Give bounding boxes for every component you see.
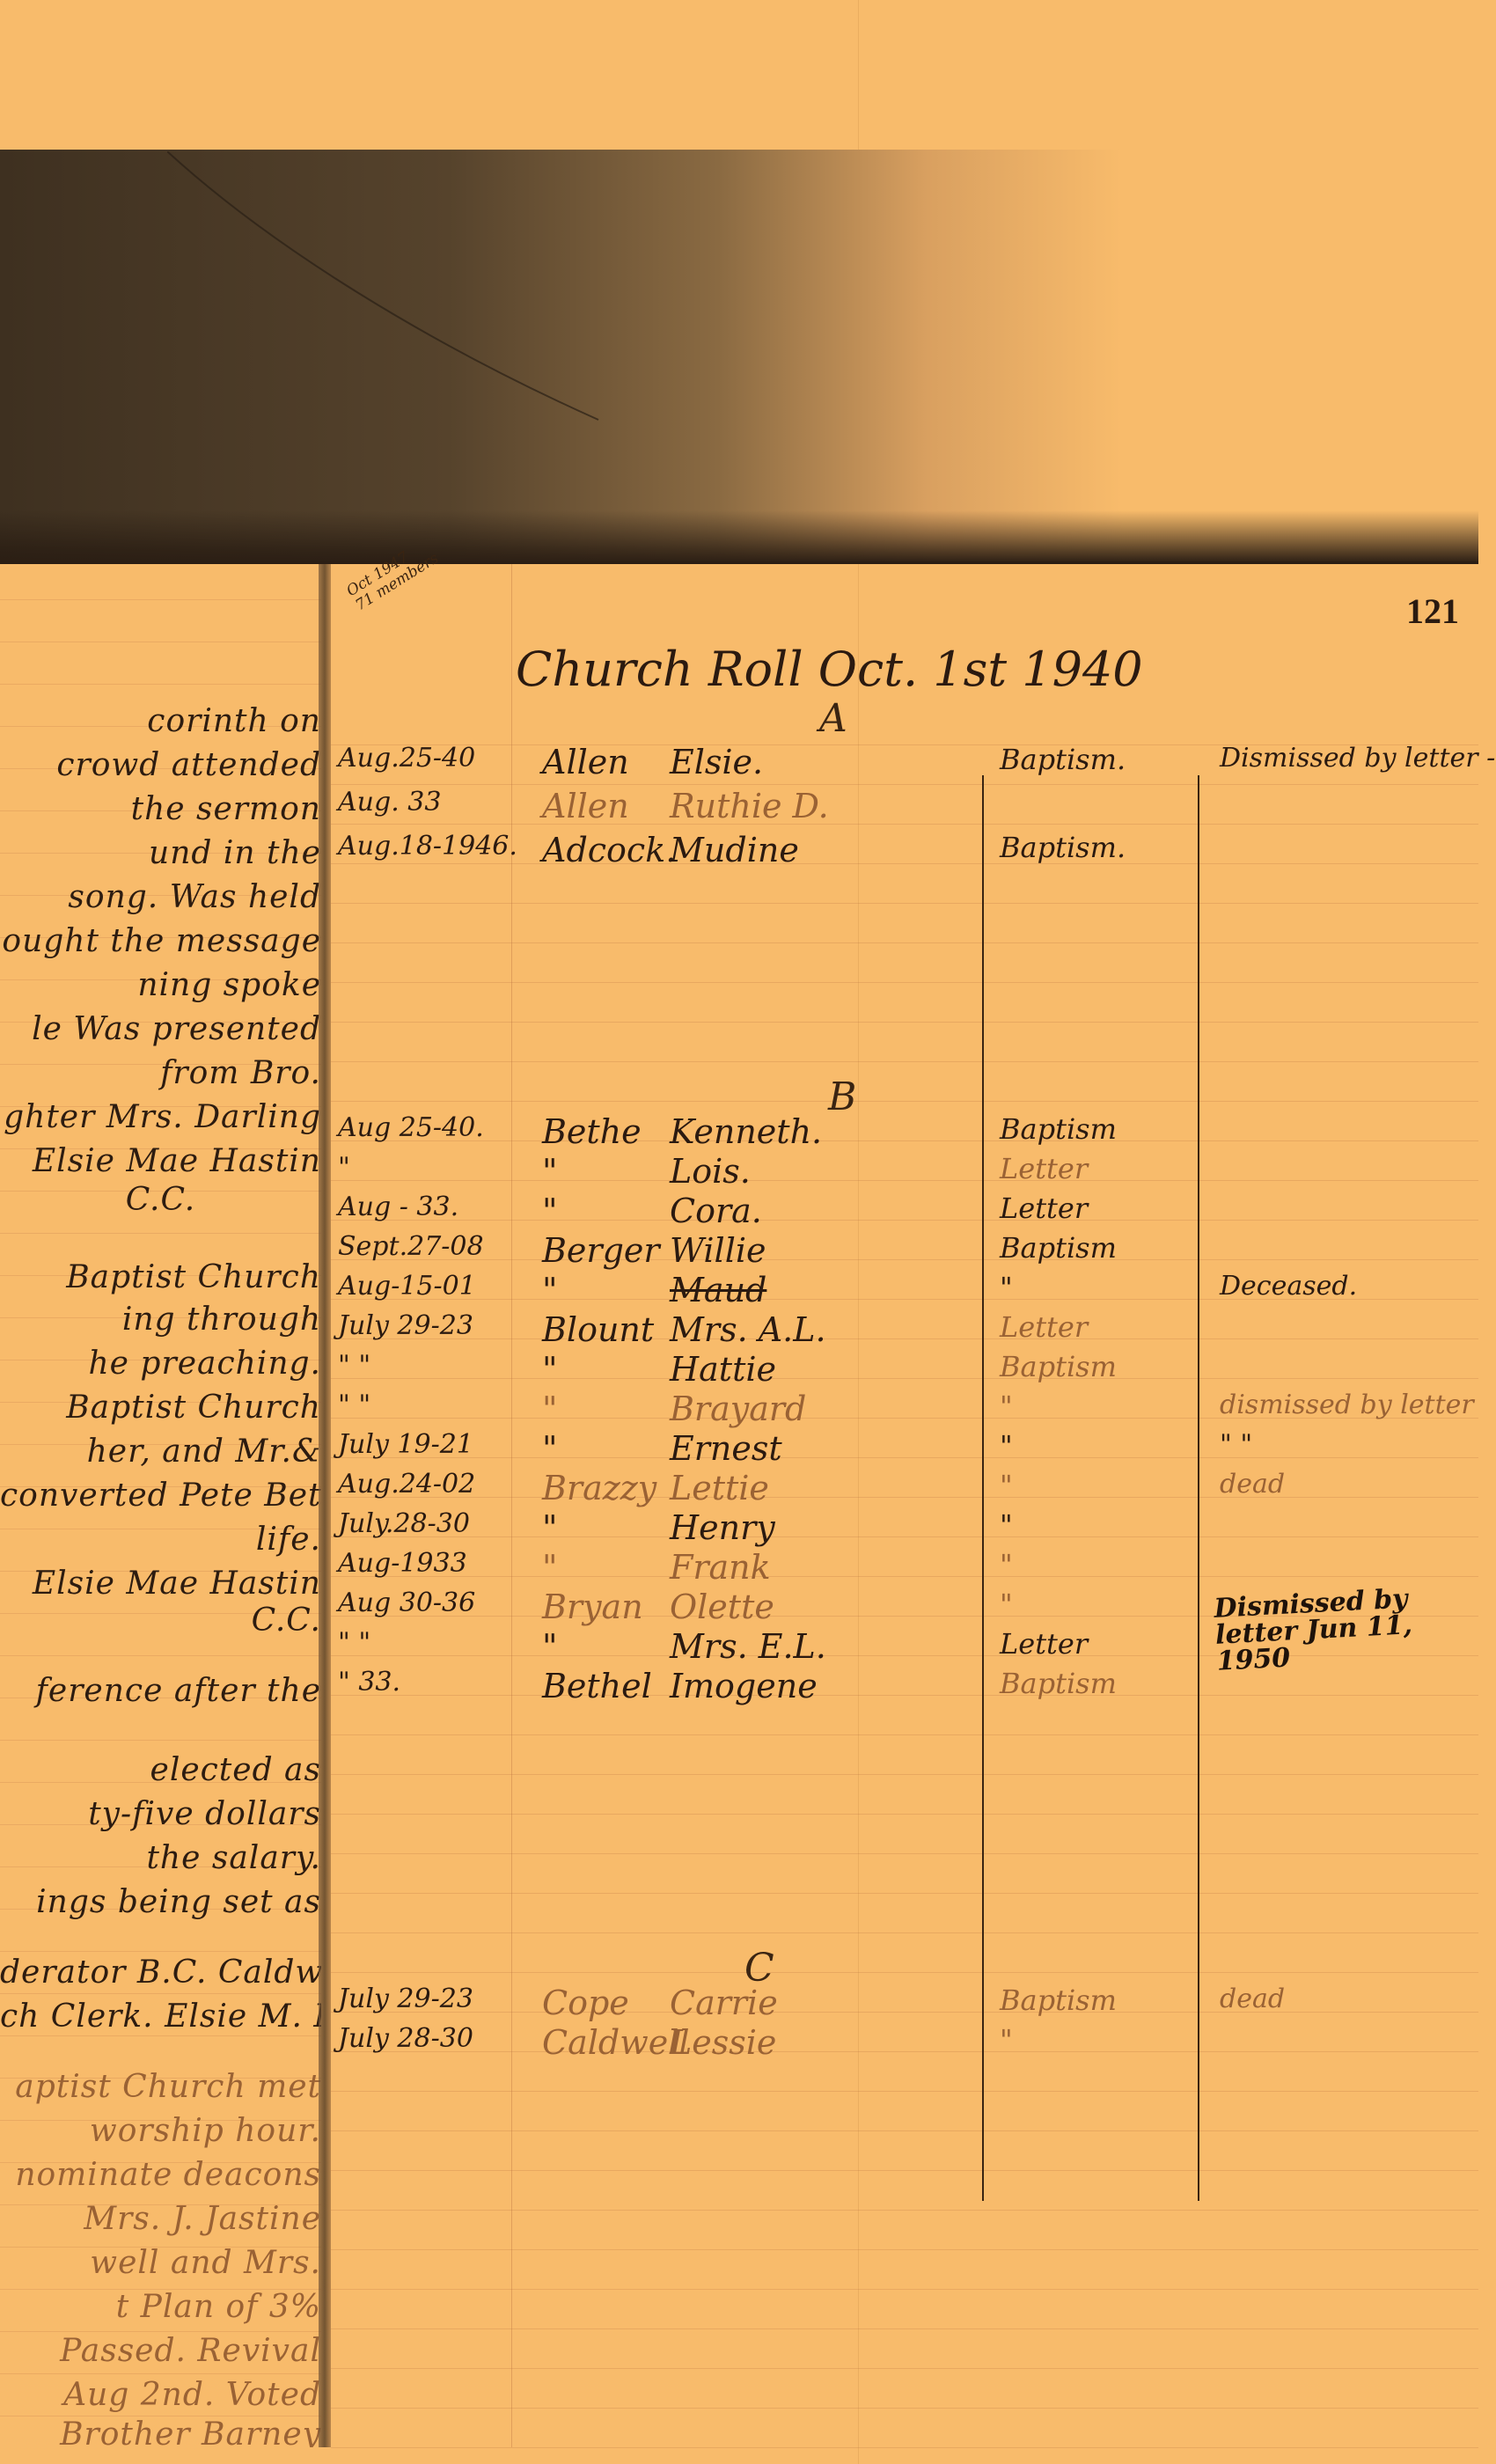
minutes-line: Mrs. J. Jastine xyxy=(0,2201,321,2237)
roll-entry: Aug.25-40AllenElsie.Baptism.Dismissed by… xyxy=(331,743,1478,787)
minutes-line: t Plan of 3% xyxy=(0,2289,321,2325)
roll-entry: July 29-23BlountMrs. A.L.Letter xyxy=(331,1310,1478,1354)
ruled-line xyxy=(331,1022,1478,1023)
entry-how-received: " xyxy=(1000,1588,1013,1621)
ruled-line xyxy=(0,1655,321,1656)
entry-surname: " xyxy=(542,1627,557,1666)
book-gutter xyxy=(319,564,331,2447)
minutes-line: corinth on xyxy=(0,703,321,739)
roll-entry: Sept.27-08BergerWillieBaptism xyxy=(331,1231,1478,1275)
minutes-line: ch Clerk. Elsie M. Hastin xyxy=(0,1998,321,2035)
entry-surname: Allen xyxy=(542,787,629,825)
entry-date: Aug-15-01 xyxy=(338,1271,514,1302)
ruled-line xyxy=(331,903,1478,904)
ruled-line xyxy=(0,599,321,600)
minutes-line: le Was presented xyxy=(0,1011,321,1047)
minutes-line: elected as xyxy=(0,1752,321,1788)
minutes-line: converted Pete Bethe xyxy=(0,1478,321,1514)
entry-date: Aug 30-36 xyxy=(338,1588,514,1618)
minutes-line: the salary. xyxy=(0,1840,321,1876)
entry-surname: Allen xyxy=(542,743,629,781)
minutes-line: life. xyxy=(0,1522,321,1558)
minutes-line: Passed. Revival xyxy=(0,2333,321,2369)
ruled-line xyxy=(0,2331,321,2332)
minutes-line: ghter Mrs. Darling xyxy=(0,1099,321,1135)
minutes-line: derator B.C. Caldwell xyxy=(0,1954,321,1991)
entry-how-received: Baptism xyxy=(1000,1667,1117,1700)
entry-how-received: Letter xyxy=(1000,1192,1088,1225)
entry-date: Aug 25-40. xyxy=(338,1112,514,1143)
roll-entry: " ""HattieBaptism xyxy=(331,1350,1478,1394)
roll-entry: Aug-1933"Frank" xyxy=(331,1548,1478,1592)
entry-given-name: Brayard xyxy=(670,1390,806,1428)
minutes-line: Elsie Mae Hastin xyxy=(0,1566,321,1602)
entry-date: " " xyxy=(338,1390,514,1420)
entry-given-name: Mrs. A.L. xyxy=(670,1310,826,1349)
minutes-line: aptist Church met xyxy=(0,2069,321,2105)
entry-how-received: Baptism xyxy=(1000,1350,1117,1383)
entry-surname: Brazzy xyxy=(542,1469,656,1507)
right-page-church-roll: 121 Oct 1947 71 members Church Roll Oct.… xyxy=(331,564,1478,2447)
roll-entry: Aug.24-02BrazzyLettie"dead xyxy=(331,1469,1478,1513)
entry-surname: " xyxy=(542,1152,557,1191)
entry-given-name: Ruthie D. xyxy=(670,787,829,825)
minutes-line: crowd attended xyxy=(0,747,321,783)
minutes-line: worship hour. xyxy=(0,2113,321,2149)
entry-remarks: dismissed by letter xyxy=(1220,1390,1474,1420)
entry-given-name: Willie xyxy=(670,1231,766,1270)
roll-entry: " ""Mrs. E.L.Letter xyxy=(331,1627,1478,1671)
ruled-line xyxy=(331,2328,1478,2329)
entry-given-name: Lettie xyxy=(670,1469,769,1507)
entry-how-received: " xyxy=(1000,1508,1013,1542)
entry-surname: " xyxy=(542,1508,557,1547)
ruled-line xyxy=(0,1740,321,1741)
entry-how-received: " xyxy=(1000,1429,1013,1463)
page-number: 121 xyxy=(1406,590,1459,632)
ruled-line xyxy=(331,1853,1478,1854)
entry-how-received: " xyxy=(1000,1271,1013,1304)
scratch-mark xyxy=(167,151,607,424)
ruled-line xyxy=(331,2447,1478,2448)
ruled-line xyxy=(331,1061,1478,1062)
entry-how-received: " xyxy=(1000,1469,1013,1502)
ruled-line xyxy=(331,2368,1478,2369)
minutes-line: her, and Mr.& xyxy=(0,1434,321,1470)
ruled-line xyxy=(331,1734,1478,1735)
entry-how-received: " xyxy=(1000,1390,1013,1423)
minutes-line: und in the xyxy=(0,835,321,871)
entry-given-name: Hattie xyxy=(670,1350,776,1389)
entry-remarks: Deceased. xyxy=(1220,1271,1357,1302)
section-letter-a: A xyxy=(819,696,847,741)
entry-how-received: Letter xyxy=(1000,1310,1088,1344)
minutes-line: well and Mrs. xyxy=(0,2245,321,2281)
ruled-line xyxy=(331,1932,1478,1933)
entry-date: July 28-30 xyxy=(338,2023,514,2054)
entry-date: July 19-21 xyxy=(338,1429,514,1460)
entry-date: Aug.25-40 xyxy=(338,743,514,774)
roll-entry: July 19-21"Ernest"" " xyxy=(331,1429,1478,1473)
entry-remarks: Dismissed by letter - 11-15-47 xyxy=(1220,743,1496,774)
ruled-line xyxy=(331,2249,1478,2250)
entry-surname: Caldwell xyxy=(542,2023,690,2062)
minutes-line: the sermon xyxy=(0,791,321,827)
ruled-line xyxy=(0,1233,321,1234)
minutes-line: Brother Barney xyxy=(0,2416,321,2447)
ruled-line xyxy=(331,982,1478,983)
minutes-line: he preaching. xyxy=(0,1346,321,1382)
minutes-line: ought the message xyxy=(0,923,321,959)
entry-given-name: Imogene xyxy=(670,1667,818,1705)
ruled-line xyxy=(331,1814,1478,1815)
ruled-line xyxy=(331,2289,1478,2290)
entry-remarks: dead xyxy=(1220,1984,1285,2014)
ruled-line xyxy=(331,2091,1478,2092)
entry-remarks: " " xyxy=(1220,1429,1252,1460)
entry-how-received: Letter xyxy=(1000,1152,1088,1185)
entry-given-name: Lessie xyxy=(670,2023,776,2062)
minutes-line: song. Was held xyxy=(0,879,321,915)
entry-how-received: Letter xyxy=(1000,1627,1088,1661)
entry-given-name: Cora. xyxy=(670,1192,762,1230)
ruled-line xyxy=(331,2210,1478,2211)
entry-given-name: Ernest xyxy=(670,1429,782,1468)
entry-given-name: Maud xyxy=(670,1271,766,1309)
entry-surname: " xyxy=(542,1192,557,1230)
roll-entry: " ""Brayard"dismissed by letter xyxy=(331,1390,1478,1434)
entry-surname: Bethel xyxy=(542,1667,652,1705)
roll-entry: July 28-30CaldwellLessie" xyxy=(331,2023,1478,2067)
left-page-minutes: corinth oncrowd attendedthe sermonund in… xyxy=(0,564,321,2447)
entry-surname: " xyxy=(542,1390,557,1428)
entry-surname: " xyxy=(542,1429,557,1468)
ruled-line xyxy=(331,2408,1478,2409)
roll-entry: July.28-30"Henry" xyxy=(331,1508,1478,1552)
ruled-line xyxy=(0,2035,321,2036)
entry-date: " " xyxy=(338,1627,514,1658)
entry-surname: Berger xyxy=(542,1231,660,1270)
ruled-line xyxy=(331,1893,1478,1894)
entry-date: July 29-23 xyxy=(338,1310,514,1341)
entry-how-received: Baptism. xyxy=(1000,743,1126,776)
entry-surname: Bryan xyxy=(542,1588,643,1626)
minutes-line: Baptist Church xyxy=(0,1390,321,1426)
entry-surname: " xyxy=(542,1271,557,1309)
entry-how-received: " xyxy=(1000,1548,1013,1581)
ruled-line xyxy=(0,2373,321,2374)
ruled-line xyxy=(0,1951,321,1952)
roll-title: Church Roll Oct. 1st 1940 xyxy=(516,642,1143,697)
scanner-shadow-edge xyxy=(0,510,1478,563)
entry-given-name: Lois. xyxy=(670,1152,751,1191)
entry-surname: Cope xyxy=(542,1984,629,2022)
ruled-line xyxy=(331,2130,1478,2131)
roll-entry: ""Lois.Letter xyxy=(331,1152,1478,1196)
entry-given-name: Olette xyxy=(670,1588,774,1626)
roll-entry: Aug.18-1946.Adcock.MudineBaptism. xyxy=(331,831,1478,875)
entry-given-name: Henry xyxy=(670,1508,775,1547)
roll-entry: " 33.BethelImogeneBaptism xyxy=(331,1667,1478,1711)
entry-how-received: Baptism xyxy=(1000,1231,1117,1265)
ruled-line xyxy=(331,1101,1478,1102)
roll-entry: Aug - 33."Cora.Letter xyxy=(331,1192,1478,1236)
minutes-line: ning spoke xyxy=(0,967,321,1003)
roll-entry: Aug. 33AllenRuthie D. xyxy=(331,787,1478,831)
roll-entry: Aug 25-40.BetheKenneth.Baptism xyxy=(331,1112,1478,1156)
minutes-line: C.C. xyxy=(0,1182,321,1218)
entry-date: Aug-1933 xyxy=(338,1548,514,1579)
entry-how-received: Baptism. xyxy=(1000,831,1126,864)
entry-date: July 29-23 xyxy=(338,1984,514,2014)
entry-date: Aug - 33. xyxy=(338,1192,514,1222)
minutes-line: Baptist Church xyxy=(0,1259,321,1295)
entry-given-name: Mrs. E.L. xyxy=(670,1627,826,1666)
entry-date: Aug. 33 xyxy=(338,787,514,818)
entry-how-received: " xyxy=(1000,2023,1013,2057)
entry-date: " 33. xyxy=(338,1667,514,1698)
minutes-line: from Bro. xyxy=(0,1055,321,1091)
entry-remarks: dead xyxy=(1220,1469,1285,1500)
minutes-line: C.C. xyxy=(0,1602,321,1639)
ruled-line xyxy=(0,684,321,685)
entry-date: Sept.27-08 xyxy=(338,1231,514,1262)
entry-surname: Blount xyxy=(542,1310,654,1349)
entry-surname: " xyxy=(542,1350,557,1389)
ruled-line xyxy=(0,1993,321,1994)
ruled-line xyxy=(331,942,1478,943)
entry-date: " " xyxy=(338,1350,514,1381)
ruled-line xyxy=(0,642,321,642)
entry-given-name: Frank xyxy=(670,1548,771,1587)
entry-given-name: Kenneth. xyxy=(670,1112,822,1151)
entry-surname: " xyxy=(542,1548,557,1587)
minutes-line: Elsie Mae Hastin xyxy=(0,1143,321,1179)
ruled-line xyxy=(331,2170,1478,2171)
entry-given-name: Mudine xyxy=(670,831,799,869)
roll-entry: July 29-23CopeCarrieBaptismdead xyxy=(331,1984,1478,2028)
entry-date: July.28-30 xyxy=(338,1508,514,1539)
entry-given-name: Carrie xyxy=(670,1984,778,2022)
entry-how-received: Baptism xyxy=(1000,1112,1117,1146)
entry-surname: Adcock. xyxy=(542,831,676,869)
entry-date: Aug.18-1946. xyxy=(338,831,514,862)
minutes-line: ty-five dollars xyxy=(0,1796,321,1832)
minutes-line: ing through xyxy=(0,1302,321,1338)
minutes-line: nominate deacons xyxy=(0,2157,321,2193)
entry-given-name: Elsie. xyxy=(670,743,763,781)
roll-entry: Aug-15-01"Maud"Deceased. xyxy=(331,1271,1478,1315)
minutes-line: Aug 2nd. Voted xyxy=(0,2377,321,2413)
entry-surname: Bethe xyxy=(542,1112,642,1151)
entry-how-received: Baptism xyxy=(1000,1984,1117,2017)
ruled-line xyxy=(331,1774,1478,1775)
minutes-line: ference after the xyxy=(0,1673,321,1709)
entry-date: " xyxy=(338,1152,514,1183)
ruled-line xyxy=(331,1972,1478,1973)
minutes-line: ings being set as xyxy=(0,1884,321,1920)
entry-date: Aug.24-02 xyxy=(338,1469,514,1500)
